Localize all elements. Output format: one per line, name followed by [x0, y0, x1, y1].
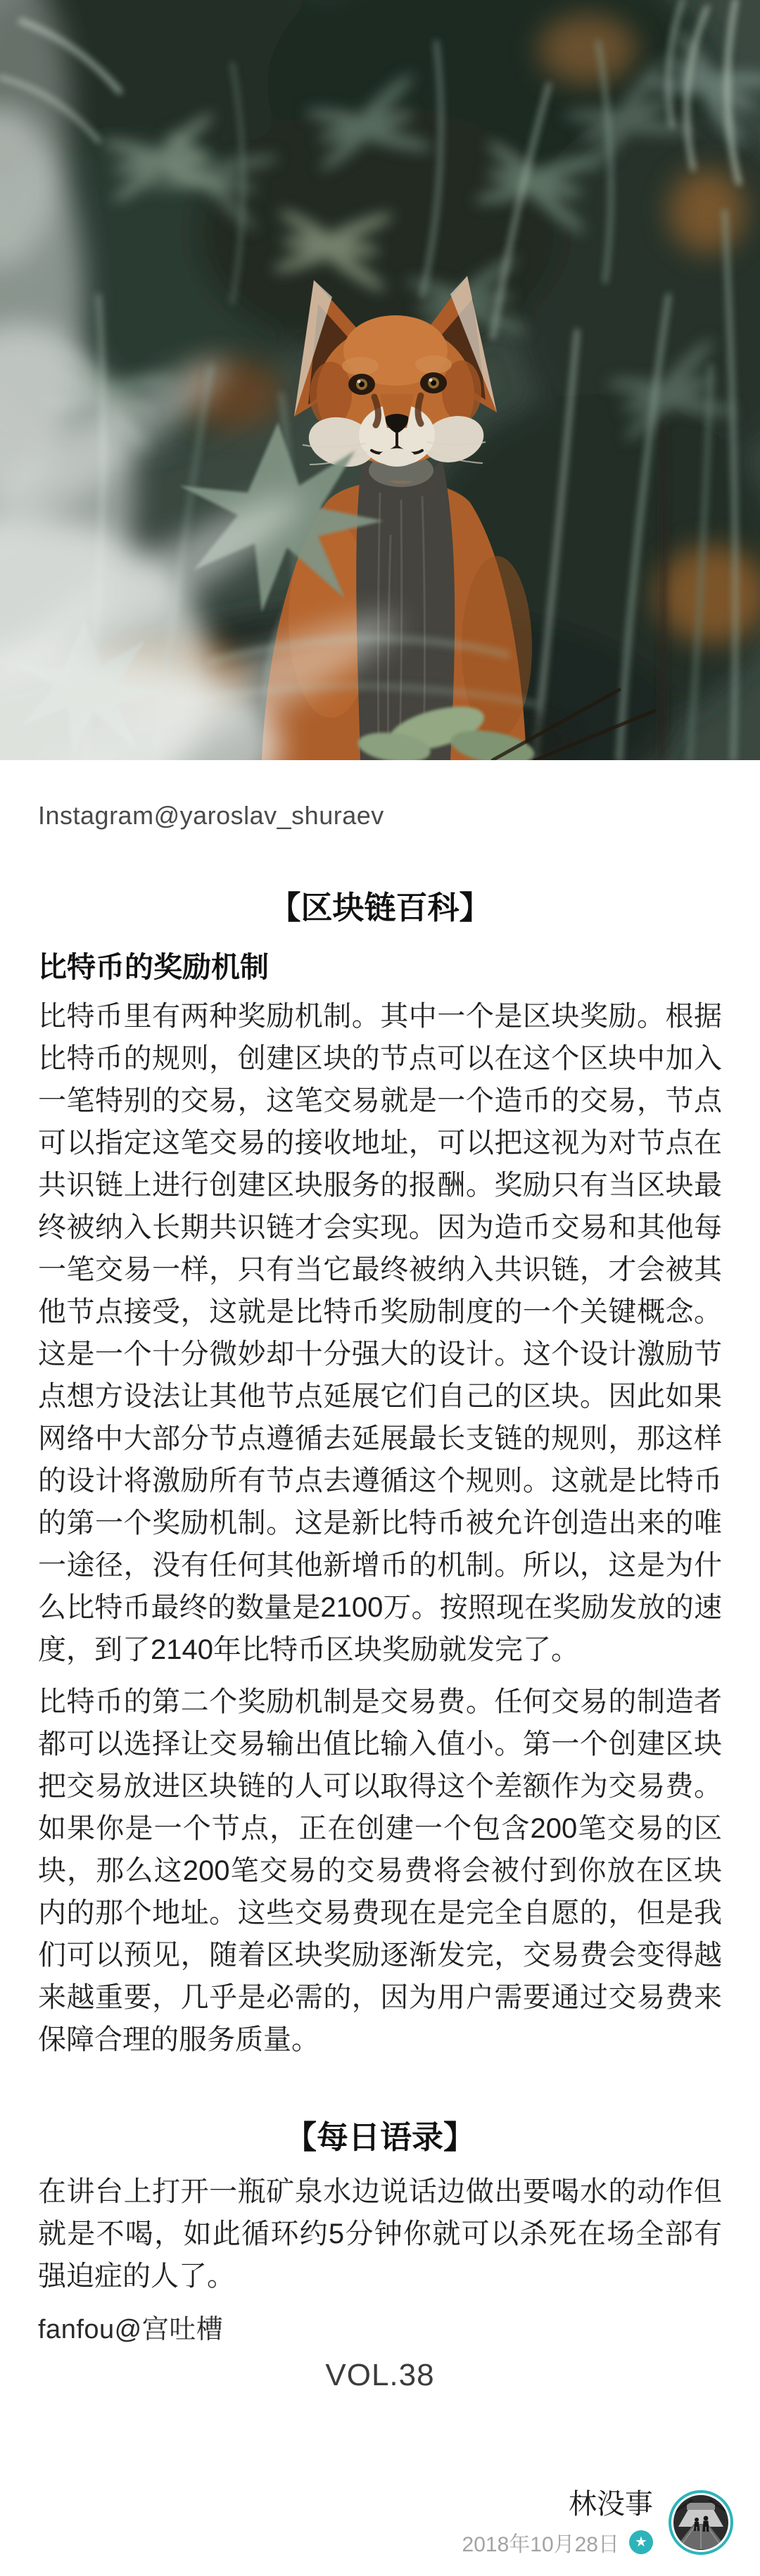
footer: 林没事 2018年10月28日 ★	[0, 2487, 760, 2558]
star-icon: ★	[635, 2535, 647, 2549]
photo-credit: Instagram@yaroslav_shuraev	[38, 801, 722, 830]
quote-source: fanfou@宫吐槽	[38, 2314, 722, 2347]
fox-photo	[0, 0, 760, 760]
article-content: Instagram@yaroslav_shuraev 【区块链百科】 比特币的奖…	[0, 801, 760, 2393]
article-paragraph-1: 比特币里有两种奖励机制。其中一个是区块奖励。根据比特币的规则，创建区块的节点可以…	[38, 995, 722, 1671]
section-title-daily-quote: 【每日语录】	[38, 2120, 722, 2155]
publish-date: 2018年10月28日	[462, 2527, 619, 2558]
share-card: Instagram@yaroslav_shuraev 【区块链百科】 比特币的奖…	[0, 0, 760, 2576]
article-paragraph-2: 比特币的第二个奖励机制是交易费。任何交易的制造者都可以选择让交易输出值比输入值小…	[38, 1681, 722, 2061]
article-title: 比特币的奖励机制	[38, 951, 722, 984]
quote-text: 在讲台上打开一瓶矿泉水边说话边做出要喝水的动作但就是不喝，如此循环约5分钟你就可…	[38, 2171, 722, 2297]
author-meta: 林没事 2018年10月28日 ★	[462, 2487, 653, 2558]
star-badge-icon: ★	[629, 2530, 653, 2554]
section-title-encyclopedia: 【区块链百科】	[38, 890, 722, 926]
volume-label: VOL.38	[38, 2359, 722, 2392]
author-avatar	[669, 2490, 733, 2555]
author-name: 林没事	[462, 2487, 653, 2521]
